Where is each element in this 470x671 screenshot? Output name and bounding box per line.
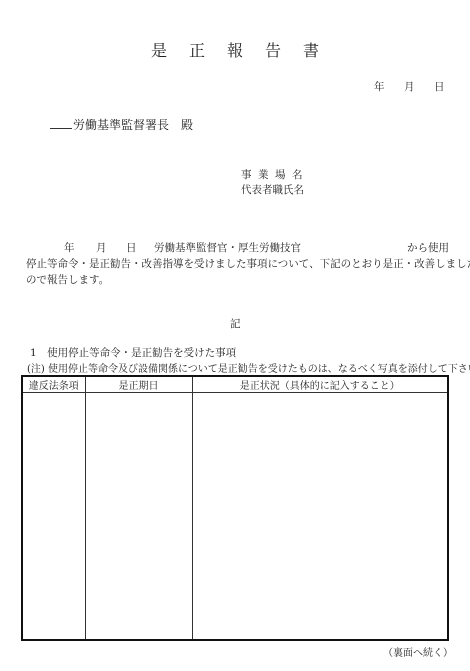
intro-line1-end: から使用 — [407, 240, 449, 256]
representative-label: 代表者職氏名 — [241, 183, 309, 198]
title-char: 書 — [303, 38, 319, 61]
violation-clause-cell[interactable] — [22, 393, 85, 641]
intro-paragraph: 年 月 日 労働基準監督官・厚生労働技官 から使用 停止等命令・是正勧告・改善指… — [26, 240, 456, 288]
table-header-row: 違反法条項 是正期日 是正状況（具体的に記入すること） — [22, 376, 448, 393]
report-date: 年月日 — [374, 79, 445, 94]
intro-line-1: 年 月 日 労働基準監督官・厚生労働技官 から使用 — [26, 240, 456, 256]
correction-date-cell[interactable] — [85, 393, 192, 641]
ki-heading: 記 — [230, 316, 241, 331]
addressee-honorific: 殿 — [181, 118, 193, 132]
column-header-correction-date: 是正期日 — [85, 376, 192, 393]
title-char: 正 — [189, 38, 205, 61]
intro-month-field[interactable]: 月 — [96, 240, 107, 256]
label-char: 場 — [275, 168, 286, 183]
label-char: 業 — [258, 168, 269, 183]
intro-line-3: ので報告します。 — [26, 272, 456, 288]
date-month-field[interactable]: 月 — [404, 79, 434, 94]
addressee-office: 労働基準監督署長 — [73, 118, 169, 132]
title-char: 報 — [227, 38, 243, 61]
addressee: 労働基準監督署長殿 — [50, 116, 193, 133]
intro-line-2: 停止等命令・是正勧告・改善指導を受けました事項について、下記のとおり是正・改善し… — [26, 256, 456, 272]
business-name-label: 事業場名 — [241, 168, 309, 183]
column-header-violation-clause: 違反法条項 — [22, 376, 85, 393]
intro-day-field[interactable]: 日 — [126, 240, 137, 256]
correction-status-cell[interactable] — [192, 393, 448, 641]
correction-table: 違反法条項 是正期日 是正状況（具体的に記入すること） — [21, 375, 449, 641]
label-char: 名 — [292, 168, 303, 183]
table-row — [22, 393, 448, 641]
title-char: 是 — [151, 38, 167, 61]
continued-note: （裏面へ続く） — [383, 644, 453, 659]
section-1-note: (注) 使用停止等命令及び設備関係について是正勧告を受けたものは、なるべく写真を… — [27, 360, 470, 375]
title-char: 告 — [265, 38, 281, 61]
office-name-blank[interactable] — [50, 117, 72, 129]
section-1-heading: 1 使用停止等命令・是正勧告を受けた事項 — [30, 345, 236, 360]
document-title: 是正報告書 — [0, 38, 470, 61]
date-day-field[interactable]: 日 — [434, 79, 445, 94]
column-header-correction-status: 是正状況（具体的に記入すること） — [192, 376, 448, 393]
date-year-field[interactable]: 年 — [374, 79, 404, 94]
label-char: 事 — [241, 168, 252, 183]
intro-year-field[interactable]: 年 — [64, 240, 75, 256]
submitter-block: 事業場名 代表者職氏名 — [241, 168, 309, 198]
intro-officer: 労働基準監督官・厚生労働技官 — [154, 240, 301, 256]
